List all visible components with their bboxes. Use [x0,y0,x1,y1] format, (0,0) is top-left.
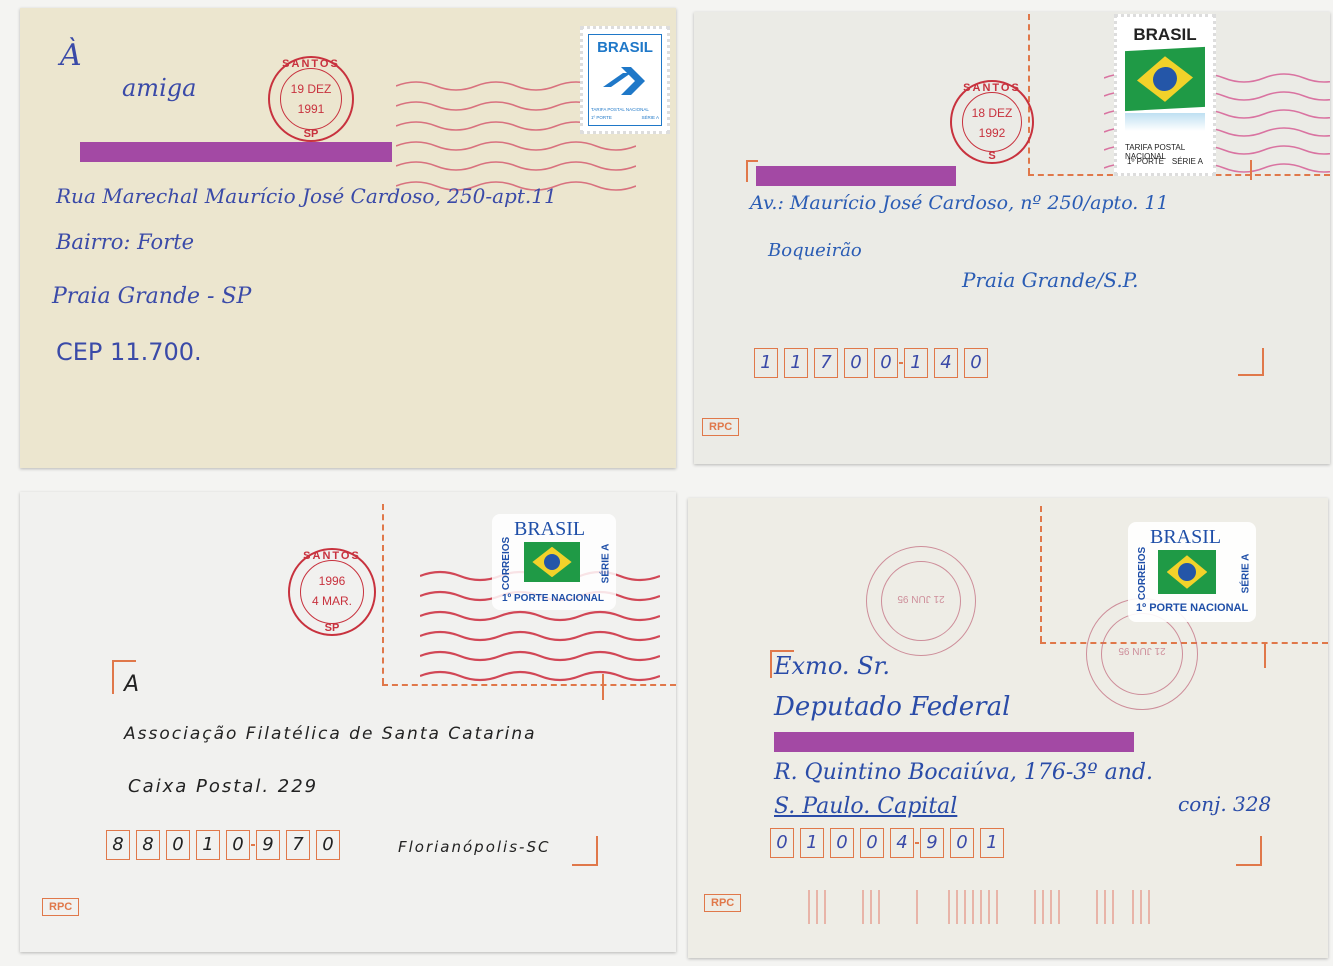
redaction-bar [756,166,956,186]
stamp-line2a: 1º PORTE [1127,157,1164,166]
postmark: SANTOS 1996 4 MAR. SP [288,548,376,636]
correios-logo-icon [601,63,651,99]
postmark-date: 18 DEZ [952,106,1032,120]
envelope-1992: SANTOS 18 DEZ 1992 S BRASIL TARIFA POSTA… [694,12,1330,464]
postmark-distribution-center: 21 JUN 95 [866,546,976,656]
address-street: R. Quintino Bocaiúva, 176-3º and. [774,760,1153,785]
redaction-bar [80,142,392,162]
cep-digit: 0 [770,828,794,858]
cep-digit: 0 [964,348,988,378]
cep-digit: 0 [874,348,898,378]
rpc-label: RPC [704,894,741,912]
cep-digit: 9 [256,830,280,860]
address-recipient: Associação Filatélica de Santa Catarina [124,724,537,744]
rpc-label: RPC [42,898,79,916]
cep-digit: 7 [286,830,310,860]
stamp: BRASIL CORREIOS SÉRIE A 1º PORTE NACIONA… [492,514,616,610]
stamp-country: BRASIL [514,518,585,541]
stamp-correios: CORREIOS [1137,547,1148,600]
postmark-state: SP [270,128,352,140]
postmark: SANTOS 19 DEZ 1991 SP [268,56,354,142]
flag-icon [524,542,580,582]
flag-icon [1158,550,1216,594]
cep-digit: 1 [904,348,928,378]
stamp: BRASIL TARIFA POSTAL NACIONAL 1º PORTE S… [580,26,670,134]
cep-digit: 8 [106,830,130,860]
barcode-marks [808,890,1150,924]
postmark-city: SANTOS [270,58,352,70]
address-guide-corner [1236,836,1262,866]
cep-separator [915,842,919,844]
address-cep: CEP 11.700. [56,338,202,366]
cep-digit: 7 [814,348,838,378]
stamp-country: BRASIL [1117,25,1213,45]
cep-boxes: 8 8 0 1 0 9 7 0 [106,830,340,860]
flag-icon [1125,47,1205,111]
stamp-line2b: SÉRIE A [1172,157,1203,166]
address-city: Praia Grande - SP [52,284,251,309]
cep-digit: 0 [316,830,340,860]
stamp: BRASIL CORREIOS SÉRIE A 1º PORTE NACIONA… [1128,522,1256,622]
stamp-porte: 1º PORTE NACIONAL [502,593,604,604]
postmark-state: SP [290,622,374,634]
address-district: Boqueirão [768,240,862,261]
address-city: Florianópolis-SC [398,838,550,856]
postmark-day: 4 MAR. [290,594,374,608]
postmark-year: 1991 [270,102,352,116]
postmark-date: 1996 [290,574,374,588]
address-suite: conj. 328 [1178,792,1271,816]
address-guide-corner [1254,642,1266,668]
stamp-line2a: 1º PORTE [591,115,612,120]
address-title: Deputado Federal [774,692,1010,722]
cep-digit: 4 [890,828,914,858]
envelope-1995: 21 JUN 95 21 JUN 95 BRASIL CORREIOS SÉRI… [688,498,1328,958]
cep-boxes: 1 1 7 0 0 1 4 0 [754,348,988,378]
cep-separator [899,362,903,364]
address-guide-corner [572,836,598,866]
address-amiga: amiga [122,74,196,102]
postmark-city: SANTOS [290,550,374,562]
postmark-city: SANTOS [952,82,1032,94]
address-guide-corner [592,674,604,700]
address-guide-corner [1240,160,1252,180]
stamp: BRASIL TARIFA POSTAL NACIONAL 1º PORTE S… [1114,14,1216,176]
address-salutation: À [60,38,82,73]
cep-separator [251,844,255,846]
cep-digit: 4 [934,348,958,378]
address-city: S. Paulo. Capital [774,794,957,819]
cep-digit: 0 [226,830,250,860]
envelope-1991: SANTOS 19 DEZ 1991 SP BRASIL TARIFA POST… [20,8,676,468]
cep-digit: 1 [980,828,1004,858]
stamp-line1: TARIFA POSTAL NACIONAL [591,107,649,112]
rpc-label: RPC [702,418,739,436]
cep-digit: 9 [920,828,944,858]
cep-digit: 1 [196,830,220,860]
cep-digit: 0 [950,828,974,858]
stamp-area-guide-vertical [1040,506,1042,642]
stamp-country: BRASIL [1150,526,1221,549]
cep-digit: 0 [844,348,868,378]
postmark-date: 19 DEZ [270,82,352,96]
cep-digit: 1 [800,828,824,858]
stamp-area-guide-vertical [382,504,384,684]
stamp-line2b: SÉRIE A [641,115,659,120]
cep-digit: 0 [166,830,190,860]
cep-digit: 8 [136,830,160,860]
address-salutation: A [124,672,141,697]
address-street: Av.: Maurício José Cardoso, nº 250/apto.… [750,192,1169,214]
address-street: Rua Marechal Maurício José Cardoso, 250-… [56,184,557,208]
address-salutation: Exmo. Sr. [774,652,890,680]
cep-boxes: 0 1 0 0 4 9 0 1 [770,828,1004,858]
cep-digit: 0 [860,828,884,858]
address-district: Bairro: Forte [56,230,194,254]
postmark-state: S [952,150,1032,162]
stamp-country: BRASIL [583,39,667,56]
cep-digit: 1 [754,348,778,378]
redaction-bar [774,732,1134,752]
address-city: Praia Grande/S.P. [962,268,1138,292]
postmark: SANTOS 18 DEZ 1992 S [950,80,1034,164]
stamp-correios: CORREIOS [501,537,512,590]
stamp-porte: 1º PORTE NACIONAL [1136,602,1248,614]
postmark-date: 21 JUN 95 [867,593,975,604]
cep-digit: 1 [784,348,808,378]
stamp-serie: SÉRIE A [601,544,612,584]
cep-digit: 0 [830,828,854,858]
address-street: Caixa Postal. 229 [128,776,318,797]
address-guide-corner [1238,348,1264,376]
postmark-date: 21 JUN 95 [1087,645,1197,656]
stamp-serie: SÉRIE A [1241,554,1252,594]
envelope-1996: SANTOS 1996 4 MAR. SP BRASIL CORREIOS SÉ… [20,492,676,952]
postmark-year: 1992 [952,126,1032,140]
